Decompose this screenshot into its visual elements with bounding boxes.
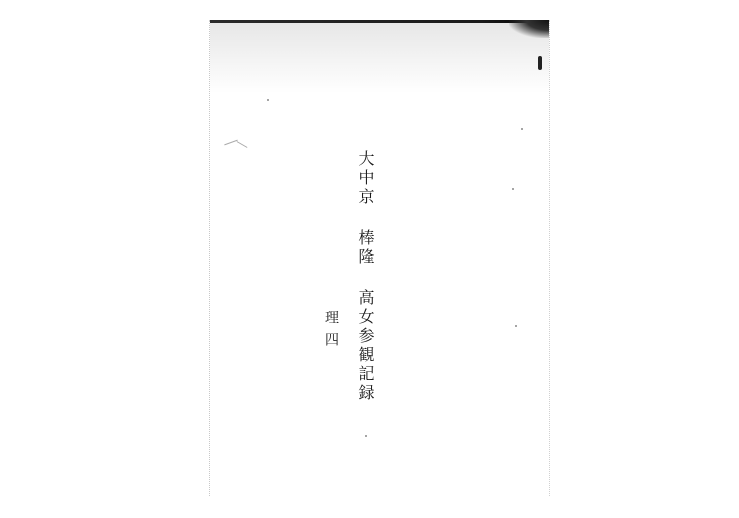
speck	[365, 435, 367, 437]
speck	[521, 128, 523, 130]
speck	[512, 188, 514, 190]
speck	[515, 325, 517, 327]
speck	[267, 99, 269, 101]
document-subtitle: 理四	[324, 310, 338, 354]
pencil-mark	[237, 141, 248, 148]
pencil-mark	[224, 140, 237, 146]
ink-spot	[538, 56, 542, 70]
scan-shadow	[210, 23, 549, 93]
page-corner-shadow	[509, 20, 549, 38]
document-title: 大中京 棒隆 高女参観記録	[357, 150, 373, 403]
scanned-page: 大中京 棒隆 高女参観記録 理四	[209, 20, 550, 496]
